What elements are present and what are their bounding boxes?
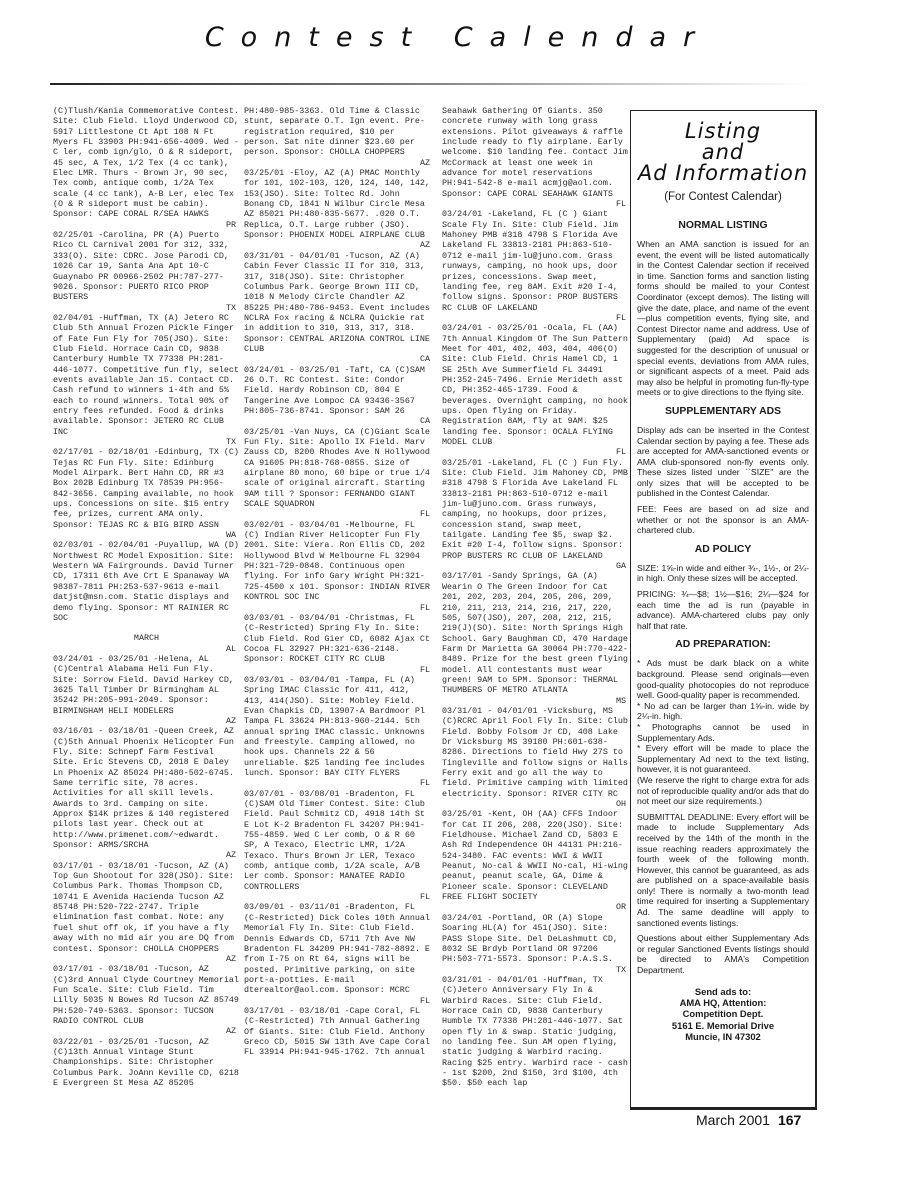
issue-date: March 2001 (696, 1112, 770, 1128)
listing-text: 02/03/01 - 02/04/01 -Puyallup, WA (D) No… (53, 540, 240, 623)
state-code: FL (442, 199, 630, 209)
prep-rule: * Photographs cannot be used in Suppleme… (637, 722, 809, 743)
listing-entry: OH03/25/01 -Kent, OH (AA) CFFS Indoor fo… (442, 799, 630, 902)
state-code: CA (244, 354, 434, 364)
listing-entry: TX02/17/01 - 02/18/01 -Edinburg, TX (C) … (53, 437, 240, 530)
state-code: FL (244, 665, 434, 675)
fee-text: FEE: Fees are based on ad size and wheth… (637, 504, 809, 536)
state-code: OH (442, 799, 630, 809)
listing-entry: WA02/03/01 - 02/04/01 -Puyallup, WA (D) … (53, 530, 240, 623)
state-code: OR (442, 902, 630, 912)
page-title: Contest Calendar (0, 22, 916, 53)
listing-entry: FL03/07/01 - 03/08/01 -Bradenton, FL (C)… (244, 778, 434, 892)
listing-text: 03/24/01 - 03/25/01 -Helena, AL (C)Centr… (53, 654, 240, 716)
listing-column-1: (C)Tlush/Kania Commemorative Contest. Si… (53, 106, 240, 1088)
state-code: AZ (53, 850, 240, 860)
listing-entry: FL03/02/01 - 03/04/01 -Melbourne, FL (C)… (244, 509, 434, 602)
listing-entry: PH:480-985-3363. Old Time & Classic stun… (244, 106, 434, 158)
info-box-subtitle: (For Contest Calendar) (637, 191, 809, 203)
send-ads-address: Send ads to: AMA HQ, Attention: Competit… (637, 986, 809, 1043)
state-code: TX (442, 965, 630, 975)
listing-text: 03/31/01 - 04/01/01 -Tucson, AZ (A) Cabi… (244, 251, 434, 354)
title-divider (50, 83, 810, 85)
listing-text: 03/25/01 -Kent, OH (AA) CFFS Indoor for … (442, 809, 630, 902)
listing-text: PH:480-985-3363. Old Time & Classic stun… (244, 106, 434, 158)
size-text: SIZE: 1⅝-in wide and either ¾-, 1½-, or … (637, 563, 809, 584)
address-line: Muncie, IN 47302 (637, 1031, 809, 1042)
listing-text: 03/25/01 -Van Nuys, CA (C)Giant Scale Fu… (244, 427, 434, 510)
info-box-title: Listing and Ad Information (637, 121, 809, 184)
state-code: PR (53, 220, 240, 230)
listing-text: 03/25/01 -Lakeland, FL (C ) Fun Fly. Sit… (442, 458, 630, 561)
listing-text: 03/16/01 - 03/18/01 -Queen Creek, AZ (C)… (53, 726, 240, 850)
listing-text: 02/04/01 -Huffman, TX (A) Jetero RC Club… (53, 313, 240, 437)
state-code: AZ (53, 716, 240, 726)
state-code: FL (442, 447, 630, 457)
page-number: 167 (778, 1112, 801, 1128)
info-title-line: and (637, 142, 809, 163)
prep-rule: * Ads must be dark black on a white back… (637, 658, 809, 700)
pricing-text: PRICING: ¾—$8; 1½—$16; 2¼—$24 for each t… (637, 589, 809, 631)
state-code: CA (244, 416, 434, 426)
listing-column-2: PH:480-985-3363. Old Time & Classic stun… (244, 106, 434, 1058)
address-line: Send ads to: (637, 986, 809, 997)
state-code: FL (244, 996, 434, 1006)
section-heading-normal-listing: NORMAL LISTING (637, 220, 809, 231)
month-section: MARCH (53, 633, 240, 643)
listing-entry: AL03/24/01 - 03/25/01 -Helena, AL (C)Cen… (53, 644, 240, 716)
listing-entry: AZ03/16/01 - 03/18/01 -Queen Creek, AZ (… (53, 716, 240, 850)
listing-text: 03/17/01 - 03/18/01 -Tucson, AZ (A) Top … (53, 861, 240, 954)
listing-text: 03/24/01 -Portland, OR (A) Slope Soaring… (442, 913, 630, 965)
state-code: FL (244, 892, 434, 902)
section-heading-supplementary-ads: SUPPLEMENTARY ADS (637, 406, 809, 417)
listing-entry: FL03/24/01 -Lakeland, FL (C ) Giant Scal… (442, 199, 630, 313)
listing-entry: FL03/24/01 - 03/25/01 -Ocala, FL (AA) 7t… (442, 313, 630, 447)
listing-entry: FL03/03/01 - 03/04/01 -Christmas, FL (C-… (244, 603, 434, 665)
normal-listing-text: When an AMA sanction is issued for an ev… (637, 239, 809, 398)
listing-text: 02/17/01 - 02/18/01 -Edinburg, TX (C) Te… (53, 447, 240, 530)
state-code: FL (244, 509, 434, 519)
listing-entry: OR03/24/01 -Portland, OR (A) Slope Soari… (442, 902, 630, 964)
state-code: WA (53, 530, 240, 540)
state-code: FL (244, 603, 434, 613)
supplementary-ads-text: Display ads can be inserted in the Conte… (637, 425, 809, 499)
state-code: TX (53, 303, 240, 313)
state-code: FL (442, 313, 630, 323)
listing-entry: CA03/24/01 - 03/25/01 -Taft, CA (C)SAM 2… (244, 354, 434, 416)
listing-text: 03/02/01 - 03/04/01 -Melbourne, FL (C) I… (244, 520, 434, 603)
state-code: AZ (53, 954, 240, 964)
listing-entry: TX02/04/01 -Huffman, TX (A) Jetero RC Cl… (53, 303, 240, 437)
listing-entry: Seahawk Gathering Of Giants. 350 concret… (442, 106, 630, 199)
listing-entry: FL03/03/01 - 03/04/01 -Tampa, FL (A) Spr… (244, 665, 434, 779)
state-code: AZ (53, 1026, 240, 1036)
prep-rule: * Every effort will be made to place the… (637, 743, 809, 775)
address-line: 5161 E. Memorial Drive (637, 1020, 809, 1031)
listing-text: 02/25/01 -Carolina, PR (A) Puerto Rico C… (53, 230, 240, 302)
listing-entry: MS03/31/01 - 04/01/01 -Vicksburg, MS (C)… (442, 696, 630, 799)
prep-note: (We reserve the right to charge extra fo… (637, 775, 809, 807)
listing-text: 03/24/01 -Lakeland, FL (C ) Giant Scale … (442, 209, 630, 312)
state-code: AL (53, 644, 240, 654)
listing-text: 03/24/01 - 03/25/01 -Taft, CA (C)SAM 26 … (244, 365, 434, 417)
address-line: AMA HQ, Attention: (637, 997, 809, 1008)
listing-text: 03/17/01 - 03/18/01 -Tucson, AZ (C)3rd A… (53, 964, 240, 1026)
listing-entry: PR02/25/01 -Carolina, PR (A) Puerto Rico… (53, 220, 240, 303)
listing-entry: GA03/17/01 -Sandy Springs, GA (A) Wearin… (442, 561, 630, 695)
state-code: MS (442, 696, 630, 706)
listing-entry: AZ03/31/01 - 04/01/01 -Tucson, AZ (A) Ca… (244, 240, 434, 354)
listing-entry: AZ03/17/01 - 03/18/01 -Tucson, AZ (A) To… (53, 850, 240, 953)
listing-entry: FL03/25/01 -Lakeland, FL (C ) Fun Fly. S… (442, 447, 630, 561)
listing-entry: FL03/09/01 - 03/11/01 -Bradenton, FL (C-… (244, 892, 434, 995)
listing-text: 03/31/01 - 04/01/01 -Huffman, TX (C)Jete… (442, 975, 630, 1089)
page-footer: March 2001167 (696, 1112, 801, 1128)
listing-text: Seahawk Gathering Of Giants. 350 concret… (442, 106, 630, 199)
listing-text: 03/25/01 -Eloy, AZ (A) PMAC Monthly for … (244, 168, 434, 240)
listing-entry: AZ03/17/01 - 03/18/01 -Tucson, AZ (C)3rd… (53, 954, 240, 1026)
listing-text: 03/17/01 - 03/18/01 -Cape Coral, FL (C-R… (244, 1006, 434, 1058)
listing-text: 03/07/01 - 03/08/01 -Bradenton, FL (C)SA… (244, 789, 434, 892)
info-title-line: Ad Information (637, 163, 809, 184)
listing-ad-info-box: Listing and Ad Information (For Contest … (630, 110, 817, 1110)
listing-text: 03/24/01 - 03/25/01 -Ocala, FL (AA) 7th … (442, 323, 630, 447)
state-code: GA (442, 561, 630, 571)
listing-entry: FL03/17/01 - 03/18/01 -Cape Coral, FL (C… (244, 996, 434, 1058)
listing-column-3: Seahawk Gathering Of Giants. 350 concret… (442, 106, 630, 1089)
state-code: FL (244, 778, 434, 788)
address-line: Competition Dept. (637, 1008, 809, 1019)
listing-text: 03/03/01 - 03/04/01 -Christmas, FL (C-Re… (244, 613, 434, 665)
listing-entry: AZ03/25/01 -Eloy, AZ (A) PMAC Monthly fo… (244, 158, 434, 241)
info-title-line: Listing (637, 121, 809, 142)
listing-entry: AZ03/22/01 - 03/25/01 -Tucson, AZ (C)13t… (53, 1026, 240, 1088)
submittal-deadline-text: SUBMITTAL DEADLINE: Every effort will be… (637, 812, 809, 929)
listing-text: (C)Tlush/Kania Commemorative Contest. Si… (53, 106, 240, 220)
listing-text: 03/03/01 - 03/04/01 -Tampa, FL (A) Sprin… (244, 675, 434, 778)
state-code: AZ (244, 158, 434, 168)
section-heading-ad-policy: AD POLICY (637, 544, 809, 555)
state-code: AZ (244, 240, 434, 250)
listing-entry: TX03/31/01 - 04/01/01 -Huffman, TX (C)Je… (442, 965, 630, 1089)
listing-text: 03/31/01 - 04/01/01 -Vicksburg, MS (C)RC… (442, 706, 630, 799)
month-heading: MARCH (53, 633, 240, 643)
listing-text: 03/22/01 - 03/25/01 -Tucson, AZ (C)13th … (53, 1037, 240, 1089)
prep-rule: * No ad can be larger than 1⅝-in. wide b… (637, 701, 809, 722)
questions-text: Questions about either Supplementary Ads… (637, 933, 809, 975)
listing-text: 03/17/01 -Sandy Springs, GA (A) Wearin O… (442, 571, 630, 695)
listing-text: 03/09/01 - 03/11/01 -Bradenton, FL (C-Re… (244, 902, 434, 995)
listing-entry: (C)Tlush/Kania Commemorative Contest. Si… (53, 106, 240, 220)
state-code: TX (53, 437, 240, 447)
section-heading-ad-preparation: AD PREPARATION: (637, 639, 809, 650)
listing-entry: CA03/25/01 -Van Nuys, CA (C)Giant Scale … (244, 416, 434, 509)
